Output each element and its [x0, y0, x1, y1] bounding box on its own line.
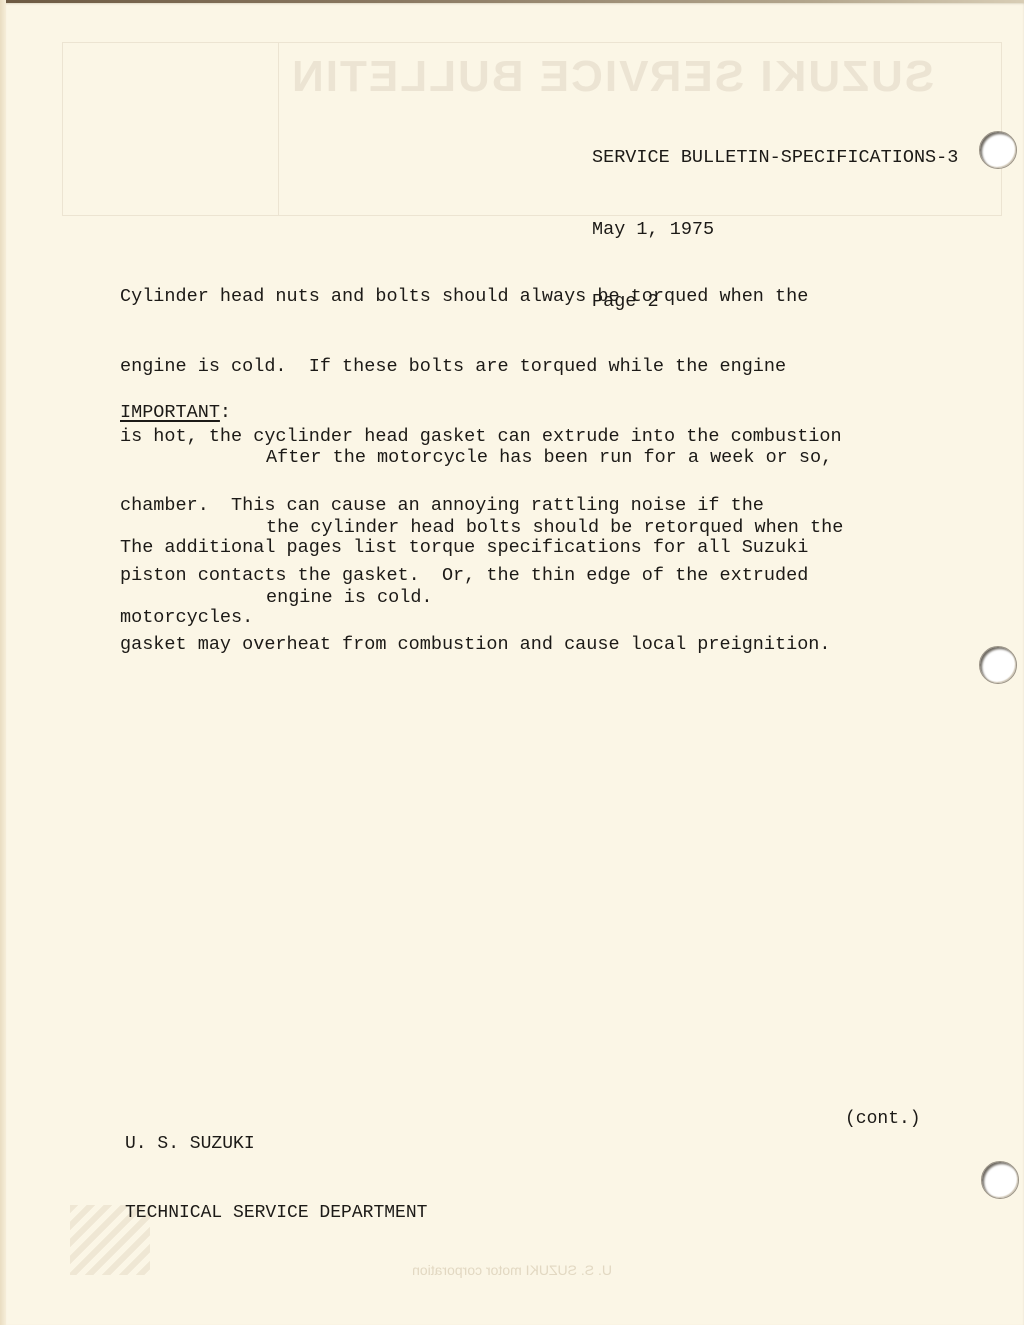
punch-hole-icon [979, 131, 1017, 169]
paragraph-line: The additional pages list torque specifi… [120, 536, 808, 559]
document-page: SUZUKI SERVICE BULLETIN U. S. SUZUKI mot… [0, 0, 1024, 1325]
paragraph-line: engine is cold. If these bolts are torqu… [120, 355, 842, 378]
bleed-through-box [62, 42, 279, 216]
important-label-text: IMPORTANT [120, 402, 220, 423]
important-label-colon: : [220, 402, 231, 423]
signature-department: TECHNICAL SERVICE DEPARTMENT [125, 1202, 427, 1225]
continuation-marker: (cont.) [845, 1108, 921, 1131]
bleed-through-letterhead: SUZUKI SERVICE BULLETIN [290, 52, 934, 102]
paper-top-edge [0, 0, 1024, 3]
signature-company: U. S. SUZUKI [125, 1133, 427, 1156]
punch-hole-icon [979, 646, 1017, 684]
closing-paragraph: The additional pages list torque specifi… [120, 490, 808, 676]
paper-left-edge [0, 0, 6, 1325]
important-label: IMPORTANT: [120, 401, 231, 424]
bulletin-id: SERVICE BULLETIN-SPECIFICATIONS-3 [592, 146, 958, 170]
important-line: After the motorcycle has been run for a … [266, 446, 843, 469]
paragraph-line: Cylinder head nuts and bolts should alwa… [120, 285, 842, 308]
paragraph-line: motorcycles. [120, 606, 808, 629]
signature-block: U. S. SUZUKI TECHNICAL SERVICE DEPARTMEN… [125, 1087, 427, 1271]
punch-hole-icon [981, 1161, 1019, 1199]
